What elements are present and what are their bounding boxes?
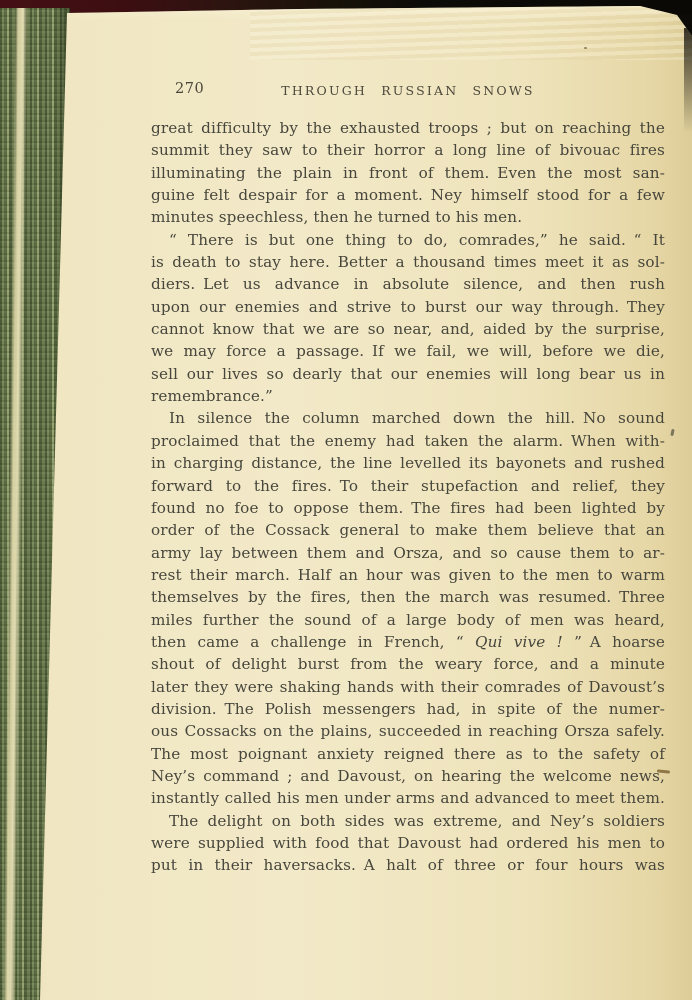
text-line: illuminating the plain in front of them.… bbox=[151, 162, 665, 184]
text-line: found no foe to oppose them. The fires h… bbox=[151, 497, 665, 519]
text-line: upon our enemies and strive to burst our… bbox=[151, 296, 665, 318]
text-line: summit they saw to their horror a long l… bbox=[151, 139, 665, 161]
text-line: The delight on both sides was extreme, a… bbox=[151, 810, 665, 832]
text-line: diers. Let us advance in absolute silenc… bbox=[151, 273, 665, 295]
page-top-curvature bbox=[250, 8, 692, 60]
text-line: proclaimed that the enemy had taken the … bbox=[151, 430, 665, 452]
text-line: division. The Polish messengers had, in … bbox=[151, 698, 665, 720]
text-line: remembrance.” bbox=[151, 385, 665, 407]
page-right-shadow bbox=[684, 28, 692, 133]
scan-speck bbox=[584, 47, 587, 49]
book-page: 270 THROUGH RUSSIAN SNOWS great difficul… bbox=[0, 0, 692, 1000]
scan-speck bbox=[670, 429, 674, 436]
text-line: minutes speechless, then he turned to hi… bbox=[151, 206, 665, 228]
text-line: great difficulty by the exhausted troops… bbox=[151, 117, 665, 139]
text-line: instantly called his men under arms and … bbox=[151, 787, 665, 809]
text-line: forward to the fires. To their stupefact… bbox=[151, 475, 665, 497]
text-line: guine felt despair for a moment. Ney him… bbox=[151, 184, 665, 206]
text-line: The most poignant anxiety reigned there … bbox=[151, 743, 665, 765]
text-line: “ There is but one thing to do, comrades… bbox=[151, 229, 665, 251]
text-line: order of the Cossack general to make the… bbox=[151, 519, 665, 541]
text-line: ous Cossacks on the plains, succeeded in… bbox=[151, 720, 665, 742]
body-text: great difficulty by the exhausted troops… bbox=[151, 117, 665, 877]
text-line: is death to stay here. Better a thousand… bbox=[151, 251, 665, 273]
page-number: 270 bbox=[175, 81, 204, 97]
text-line: were supplied with food that Davoust had… bbox=[151, 832, 665, 854]
running-title: THROUGH RUSSIAN SNOWS bbox=[151, 81, 665, 98]
text-line: In silence the column marched down the h… bbox=[151, 407, 665, 429]
text-line: Ney’s command ; and Davoust, on hearing … bbox=[151, 765, 665, 787]
text-line: army lay between them and Orsza, and so … bbox=[151, 542, 665, 564]
text-line: miles further the sound of a large body … bbox=[151, 609, 665, 631]
text-line: put in their haversacks. A halt of three… bbox=[151, 854, 665, 876]
text-line: themselves by the fires, then the march … bbox=[151, 586, 665, 608]
text-line: cannot know that we are so near, and, ai… bbox=[151, 318, 665, 340]
text-line: in charging distance, the line levelled … bbox=[151, 452, 665, 474]
text-line: later they were shaking hands with their… bbox=[151, 676, 665, 698]
page-header: 270 THROUGH RUSSIAN SNOWS bbox=[151, 81, 665, 101]
text-line: shout of delight burst from the weary fo… bbox=[151, 653, 665, 675]
text-line: rest their march. Half an hour was given… bbox=[151, 564, 665, 586]
page-edge-sheen bbox=[3, 8, 28, 1000]
text-line: sell our lives so dearly that our enemie… bbox=[151, 363, 665, 385]
text-line: then came a challenge in French, “ Qui v… bbox=[151, 631, 665, 653]
text-line: we may force a passage. If we fail, we w… bbox=[151, 340, 665, 362]
